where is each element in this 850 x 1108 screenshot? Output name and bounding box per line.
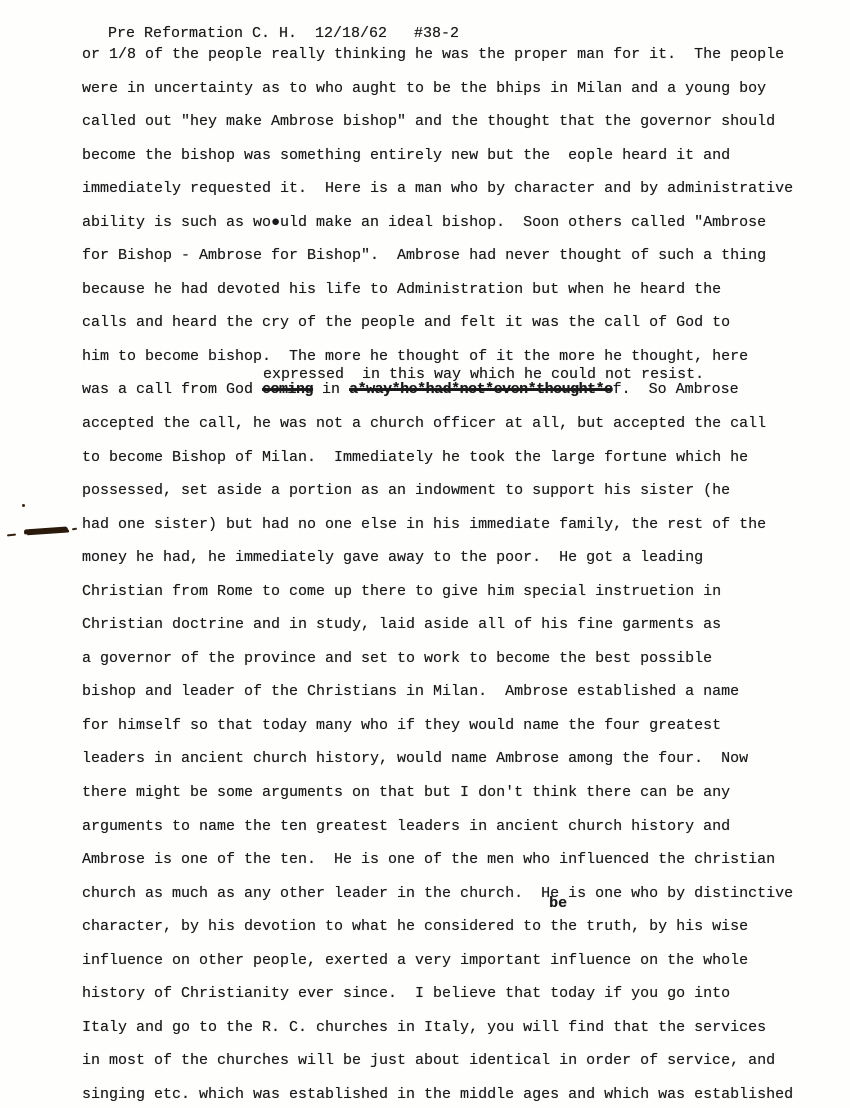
text-line: because he had devoted his life to Admin… [82, 273, 802, 307]
text-segment: f. So Ambrose [613, 381, 739, 398]
text-line: had one sister) but had no one else in h… [82, 508, 802, 542]
text-line: arguments to name the ten greatest leade… [82, 810, 802, 844]
text-line: were in uncertainty as to who aught to b… [82, 72, 802, 106]
text-segment: character, by his devotion to what he co… [82, 918, 550, 935]
overtyped-word: thebe [550, 918, 577, 935]
text-line: Italy and go to the R. C. churches in It… [82, 1011, 802, 1045]
struck-out-text: a*way*he*had*not*even*thought*o [349, 381, 613, 398]
text-line: bishop and leader of the Christians in M… [82, 675, 802, 709]
text-line: there might be some arguments on that bu… [82, 776, 802, 810]
document-body: or 1/8 of the people really thinking he … [82, 38, 802, 1108]
text-segment: in [313, 381, 349, 398]
text-line: immediately requested it. Here is a man … [82, 172, 802, 206]
margin-ink-mark [24, 526, 68, 534]
margin-ink-dot [22, 504, 25, 507]
text-segment: truth, by his wise [577, 918, 748, 935]
text-line: to become Bishop of Milan. Immediately h… [82, 441, 802, 475]
text-line: Christian doctrine and in study, laid as… [82, 608, 802, 642]
text-line: money he had, he immediately gave away t… [82, 541, 802, 575]
text-line: become the bishop was something entirely… [82, 139, 802, 173]
inserted-word-above: be [549, 896, 567, 911]
text-line: church as much as any other leader in th… [82, 877, 802, 911]
text-line: or 1/8 of the people really thinking he … [82, 38, 802, 72]
text-line: calls and heard the cry of the people an… [82, 306, 802, 340]
text-line: influence on other people, exerted a ver… [82, 944, 802, 978]
text-line: a governor of the province and set to wo… [82, 642, 802, 676]
text-line: possessed, set aside a portion as an ind… [82, 474, 802, 508]
interlinear-insertion: expressed in this way which he could not… [263, 366, 704, 383]
text-line: accepted the call, he was not a church o… [82, 407, 802, 441]
margin-ink-tick [72, 528, 77, 531]
text-line: Christian from Rome to come up there to … [82, 575, 802, 609]
text-line: for himself so that today many who if th… [82, 709, 802, 743]
document-page: Pre Reformation C. H. 12/18/62 #38-2 or … [0, 0, 850, 1108]
struck-out-text: coming [262, 381, 313, 398]
text-line: called out "hey make Ambrose bishop" and… [82, 105, 802, 139]
text-line: for Bishop - Ambrose for Bishop". Ambros… [82, 239, 802, 273]
text-line: ability is such as wo●uld make an ideal … [82, 206, 802, 240]
text-line: character, by his devotion to what he co… [82, 910, 802, 944]
text-line: leaders in ancient church history, would… [82, 742, 802, 776]
text-line: Ambrose is one of the ten. He is one of … [82, 843, 802, 877]
text-line: history of Christianity ever since. I be… [82, 977, 802, 1011]
margin-ink-dash [7, 534, 16, 537]
text-segment: was a call from God [82, 381, 262, 398]
text-line: singing etc. which was established in th… [82, 1078, 802, 1108]
text-line: in most of the churches will be just abo… [82, 1044, 802, 1078]
